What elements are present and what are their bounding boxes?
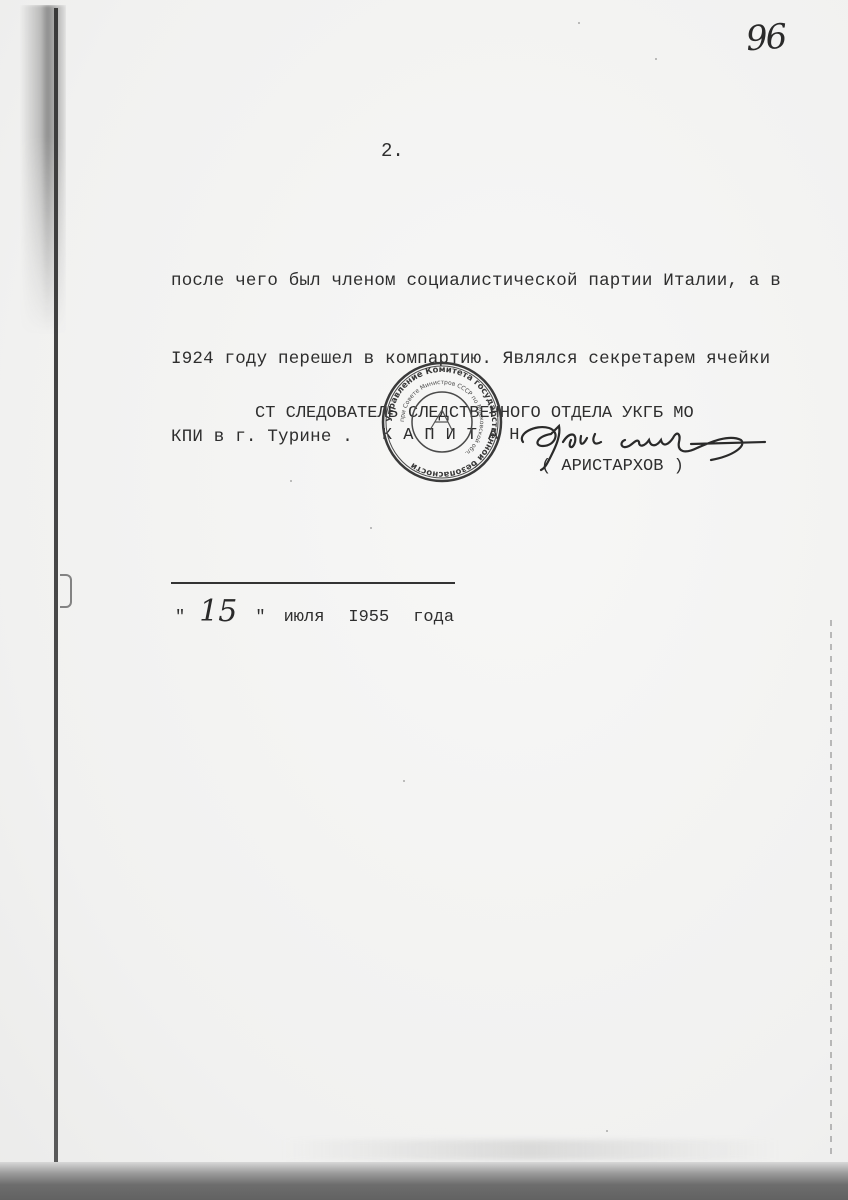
body-line: после чего был членом социалистической п… xyxy=(171,268,791,294)
paper-speck xyxy=(578,22,580,24)
page-right-edge xyxy=(830,620,832,1160)
date-close-quote: " xyxy=(255,608,265,627)
binding-shadow xyxy=(20,5,66,335)
archive-page-number: 96 xyxy=(745,17,787,60)
paper-speck xyxy=(290,480,292,482)
paper-speck xyxy=(606,1130,608,1132)
handwritten-signature xyxy=(515,412,770,474)
binding-edge-line xyxy=(54,8,58,1178)
document-page: 96 2. после чего был членом социалистиче… xyxy=(0,0,848,1200)
scan-bottom-shadow xyxy=(0,1162,848,1200)
paper-speck xyxy=(403,780,405,782)
paper-speck xyxy=(370,527,372,529)
official-seal-stamp: Управление Комитета государственной безо… xyxy=(380,360,504,484)
staple-mark xyxy=(60,574,72,608)
paper-speck xyxy=(655,58,657,60)
date-year: I955 xyxy=(348,608,389,627)
date-line: " 15 " июля I955 года xyxy=(171,556,454,686)
bleed-through-text xyxy=(280,1140,780,1160)
date-open-quote: " xyxy=(175,608,185,627)
date-month: июля xyxy=(284,608,325,627)
date-day-handwritten: 15 xyxy=(199,594,237,629)
page-index: 2. xyxy=(381,140,404,162)
date-suffix: года xyxy=(413,608,454,627)
date-underline xyxy=(171,582,455,584)
